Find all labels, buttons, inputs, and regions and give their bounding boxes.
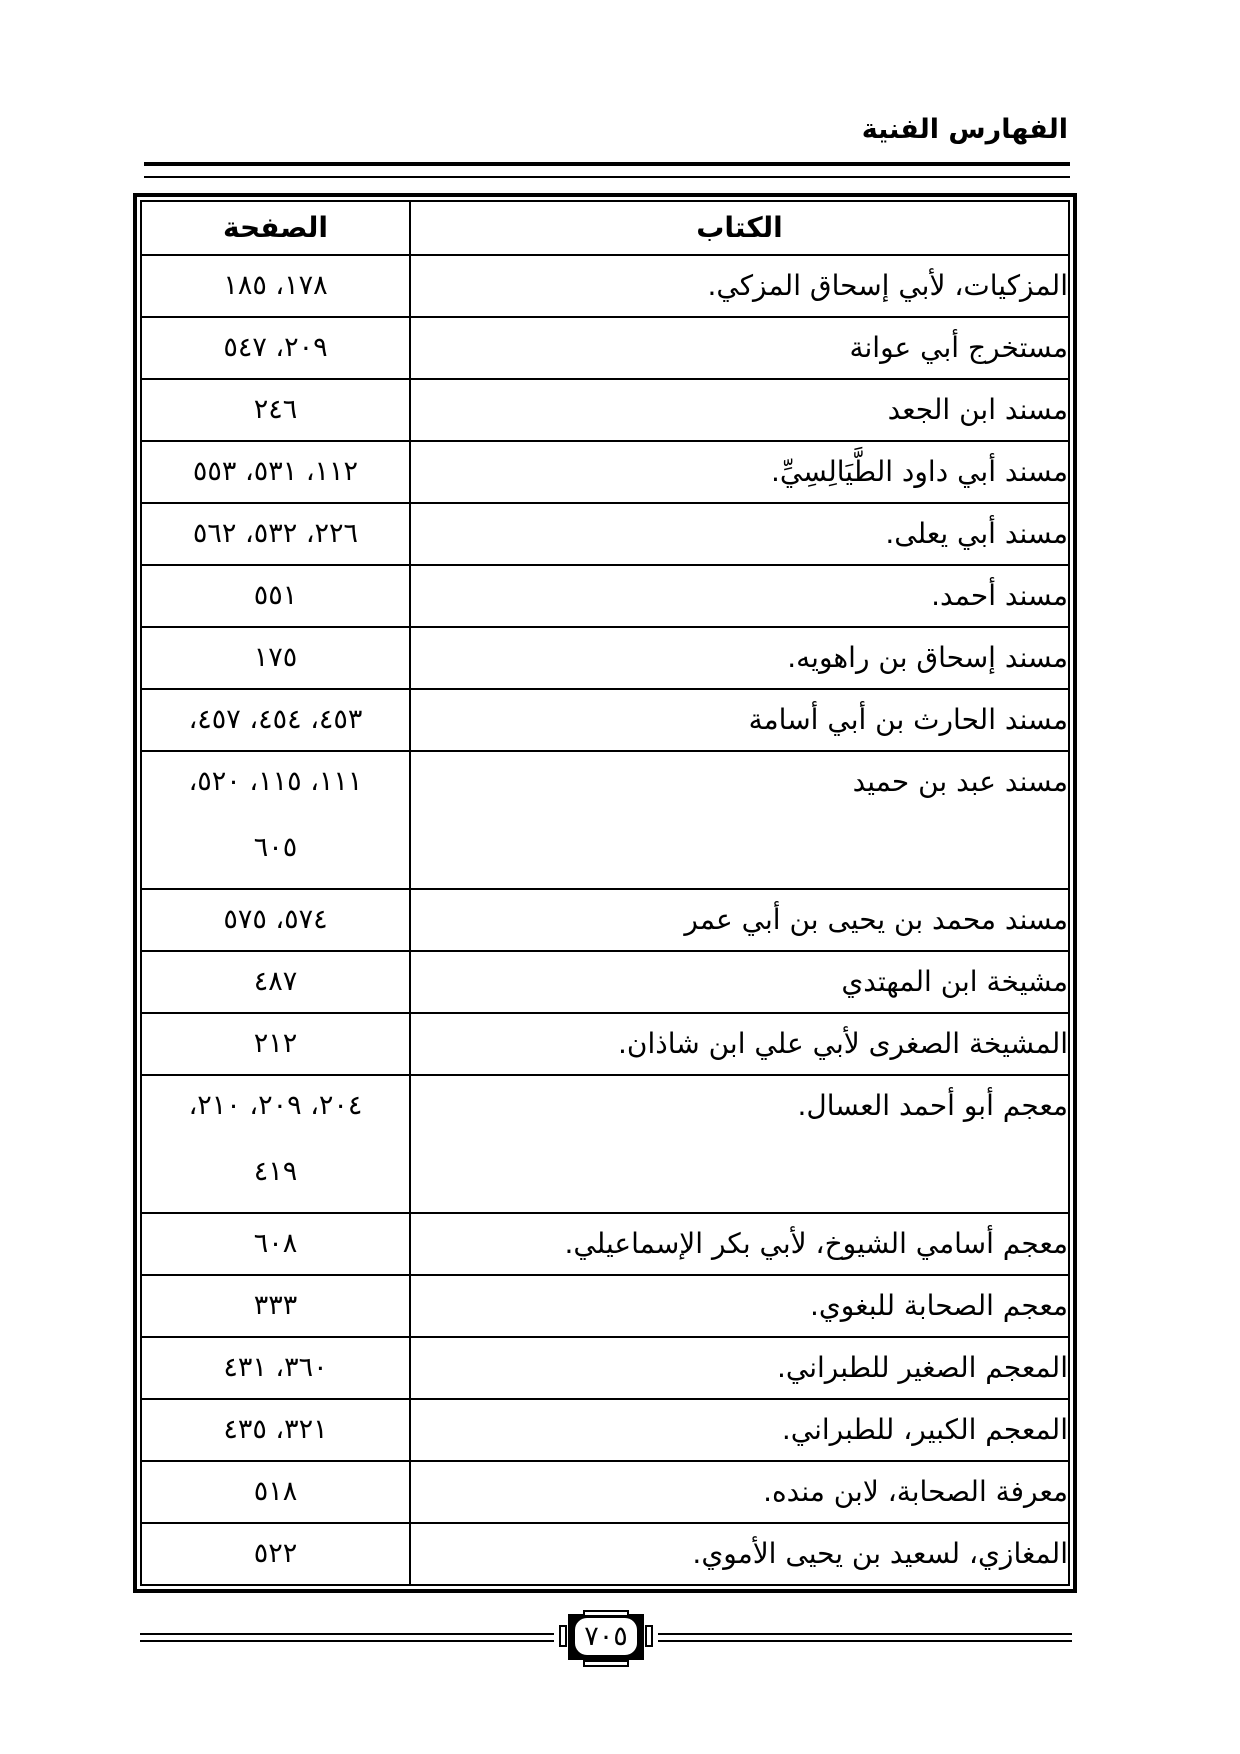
page-numbers-cell: ١١١، ١١٥، ٥٢٠، ٦٠٥ [142, 751, 410, 889]
table-header-row: الكتاب الصفحة [142, 202, 1068, 255]
table-row: مسند أبي يعلى. ٢٢٦، ٥٣٢، ٥٦٢ [142, 503, 1068, 565]
book-title-cell: مسند أبي داود الطَّيَالِسِيِّ. [410, 441, 1068, 503]
books-index-table: الكتاب الصفحة المزكيات، لأبي إسحاق المزك… [142, 202, 1068, 1584]
page-numbers-cell: ٢٠٩، ٥٤٧ [142, 317, 410, 379]
table-row: المغازي، لسعيد بن يحيى الأموي. ٥٢٢ [142, 1523, 1068, 1584]
book-title-cell: معجم الصحابة للبغوي. [410, 1275, 1068, 1337]
table-row: المعجم الكبير، للطبراني. ٣٢١، ٤٣٥ [142, 1399, 1068, 1461]
page-numbers-cell: ٢٠٤، ٢٠٩، ٢١٠، ٤١٩ [142, 1075, 410, 1213]
book-title-cell: مسند عبد بن حميد [410, 751, 1068, 889]
page-numbers-cell: ٤٥٣، ٤٥٤، ٤٥٧، [142, 689, 410, 751]
book-title-cell: مسند الحارث بن أبي أسامة [410, 689, 1068, 751]
table-row: مشيخة ابن المهتدي ٤٨٧ [142, 951, 1068, 1013]
page-numbers-line1: ١١١، ١١٥، ٥٢٠، [142, 752, 409, 812]
table-row: مسند محمد بن يحيى بن أبي عمر ٥٧٤، ٥٧٥ [142, 889, 1068, 951]
book-title-cell: معجم أسامي الشيوخ، لأبي بكر الإسماعيلي. [410, 1213, 1068, 1275]
page-numbers-cell: ٤٨٧ [142, 951, 410, 1013]
page-numbers-cell: ٢٤٦ [142, 379, 410, 441]
page-numbers-cell: ٣٣٣ [142, 1275, 410, 1337]
table-row: معجم الصحابة للبغوي. ٣٣٣ [142, 1275, 1068, 1337]
book-title-cell: المشيخة الصغرى لأبي علي ابن شاذان. [410, 1013, 1068, 1075]
page-number: ٧٠٥ [584, 1621, 628, 1652]
footer-rule-left [140, 1633, 554, 1642]
page-numbers-cell: ٣٦٠، ٤٣١ [142, 1337, 410, 1399]
page-numbers-cell: ٦٠٨ [142, 1213, 410, 1275]
book-title-cell: مستخرج أبي عوانة [410, 317, 1068, 379]
table-row: مسند أبي داود الطَّيَالِسِيِّ. ١١٢، ٥٣١،… [142, 441, 1068, 503]
book-title-cell: مسند إسحاق بن راهويه. [410, 627, 1068, 689]
table-row: معرفة الصحابة، لابن منده. ٥١٨ [142, 1461, 1068, 1523]
column-header-book: الكتاب [410, 202, 1068, 255]
book-title-cell: معرفة الصحابة، لابن منده. [410, 1461, 1068, 1523]
page-numbers-cell: ١١٢، ٥٣١، ٥٥٣ [142, 441, 410, 503]
page-numbers-line1: ٢٠٤، ٢٠٩، ٢١٠، [142, 1076, 409, 1136]
page-numbers-cell: ١٧٥ [142, 627, 410, 689]
books-index-table-frame: الكتاب الصفحة المزكيات، لأبي إسحاق المزك… [133, 193, 1077, 1593]
page-numbers-cell: ٥٢٢ [142, 1523, 410, 1584]
book-title-cell: مسند أبي يعلى. [410, 503, 1068, 565]
table-row: المشيخة الصغرى لأبي علي ابن شاذان. ٢١٢ [142, 1013, 1068, 1075]
header-rule [144, 162, 1070, 178]
page-header-title: الفهارس الفنية [862, 112, 1068, 148]
column-header-page: الصفحة [142, 202, 410, 255]
book-title-cell: المعجم الصغير للطبراني. [410, 1337, 1068, 1399]
table-row: مسند إسحاق بن راهويه. ١٧٥ [142, 627, 1068, 689]
table-row: مسند أحمد. ٥٥١ [142, 565, 1068, 627]
table-row: مستخرج أبي عوانة ٢٠٩، ٥٤٧ [142, 317, 1068, 379]
page-numbers-cell: ١٧٨، ١٨٥ [142, 255, 410, 317]
page-numbers-line2: ٤١٩ [142, 1142, 409, 1202]
page-numbers-line2: ٦٠٥ [142, 818, 409, 878]
table-row: معجم أسامي الشيوخ، لأبي بكر الإسماعيلي. … [142, 1213, 1068, 1275]
page-numbers-cell: ٢١٢ [142, 1013, 410, 1075]
page-numbers-cell: ٢٢٦، ٥٣٢، ٥٦٢ [142, 503, 410, 565]
table-row: مسند الحارث بن أبي أسامة ٤٥٣، ٤٥٤، ٤٥٧، [142, 689, 1068, 751]
footer-rule-right [658, 1633, 1072, 1642]
document-page: الفهارس الفنية الكتاب الصفحة المزكيات، ل… [0, 0, 1240, 1754]
table-row: معجم أبو أحمد العسال. ٢٠٤، ٢٠٩، ٢١٠، ٤١٩ [142, 1075, 1068, 1213]
book-title-cell: معجم أبو أحمد العسال. [410, 1075, 1068, 1213]
page-numbers-cell: ٥٥١ [142, 565, 410, 627]
page-number-ornament: ٧٠٥ [556, 1613, 656, 1661]
table-row: مسند عبد بن حميد ١١١، ١١٥، ٥٢٠، ٦٠٥ [142, 751, 1068, 889]
page-numbers-cell: ٥١٨ [142, 1461, 410, 1523]
book-title-cell: مشيخة ابن المهتدي [410, 951, 1068, 1013]
book-title-cell: مسند ابن الجعد [410, 379, 1068, 441]
table-row: مسند ابن الجعد ٢٤٦ [142, 379, 1068, 441]
book-title-cell: المزكيات، لأبي إسحاق المزكي. [410, 255, 1068, 317]
book-title-cell: مسند محمد بن يحيى بن أبي عمر [410, 889, 1068, 951]
book-title-cell: المغازي، لسعيد بن يحيى الأموي. [410, 1523, 1068, 1584]
page-numbers-cell: ٥٧٤، ٥٧٥ [142, 889, 410, 951]
book-title-cell: مسند أحمد. [410, 565, 1068, 627]
table-row: المزكيات، لأبي إسحاق المزكي. ١٧٨، ١٨٥ [142, 255, 1068, 317]
table-row: المعجم الصغير للطبراني. ٣٦٠، ٤٣١ [142, 1337, 1068, 1399]
page-footer: ٧٠٥ [140, 1612, 1072, 1662]
book-title-cell: المعجم الكبير، للطبراني. [410, 1399, 1068, 1461]
page-numbers-cell: ٣٢١، ٤٣٥ [142, 1399, 410, 1461]
